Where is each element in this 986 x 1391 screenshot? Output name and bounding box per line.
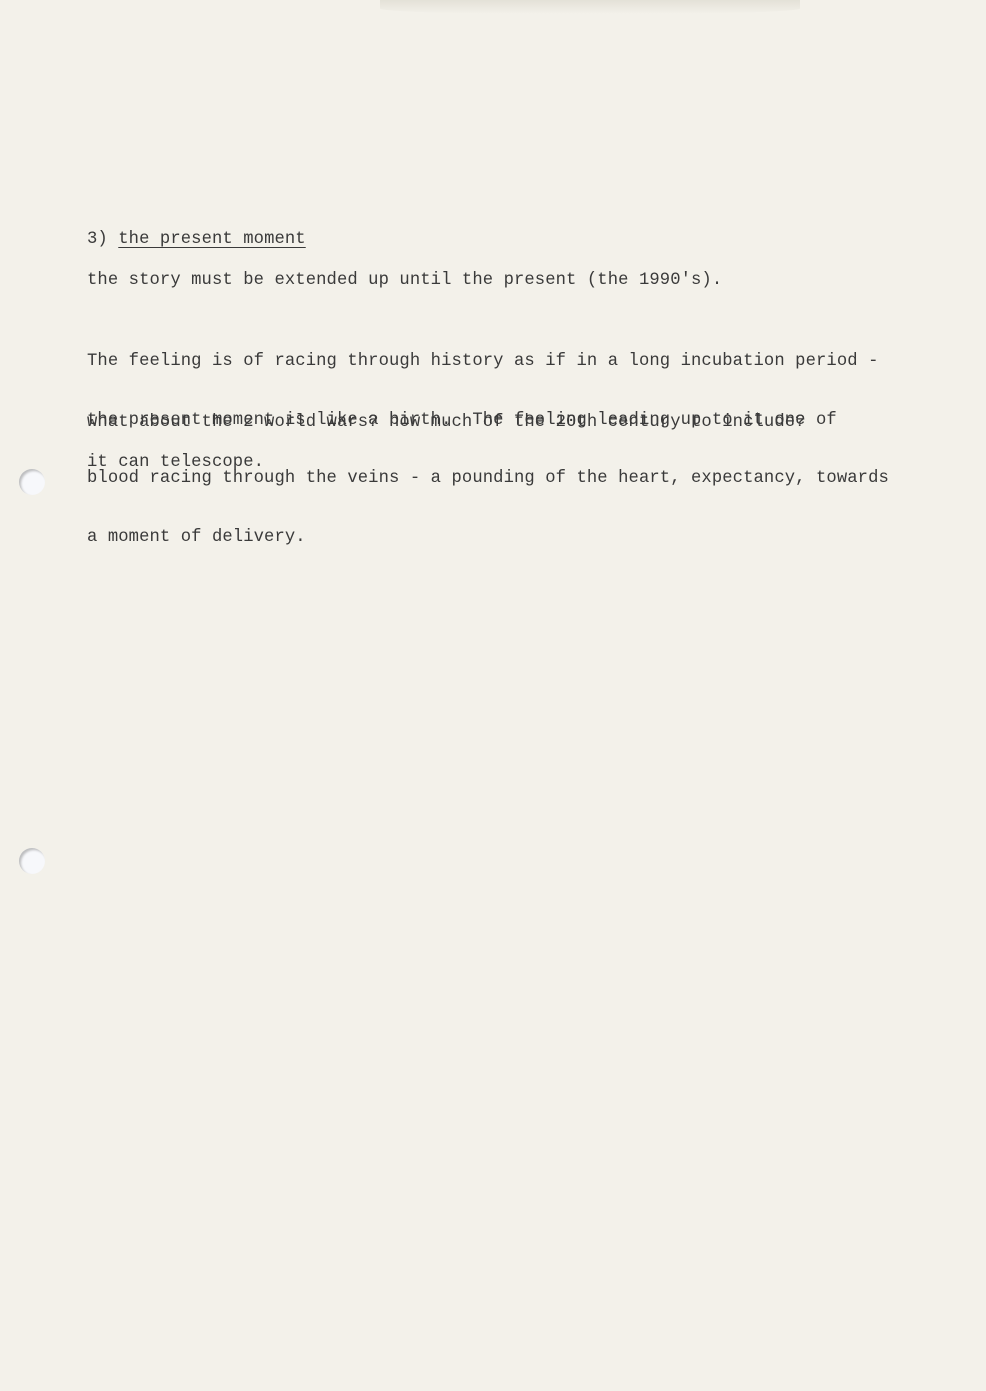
paragraph-line: the story must be extended up until the …: [87, 271, 722, 290]
typewritten-page: 3) the present moment the story must be …: [0, 0, 986, 1391]
paragraph-feeling: The feeling is of racing through history…: [87, 313, 889, 586]
section-heading: 3) the present moment: [87, 230, 306, 249]
section-number: 3): [87, 230, 108, 249]
paragraph-world-wars-question: what about the 2 world wars? how much of…: [87, 413, 806, 432]
punch-hole: [19, 469, 45, 495]
paper-smudge: [380, 0, 800, 14]
paragraph-telescope: it can telescope.: [87, 453, 264, 472]
section-title: the present moment: [118, 230, 305, 249]
paragraph-line: what about the 2 world wars? how much of…: [87, 413, 806, 432]
paragraph-line: a moment of delivery.: [87, 528, 889, 548]
paragraph-line: it can telescope.: [87, 453, 264, 472]
paragraph-line: The feeling is of racing through history…: [87, 352, 889, 372]
punch-hole: [19, 848, 45, 874]
paragraph-present-extension: the story must be extended up until the …: [87, 271, 722, 290]
